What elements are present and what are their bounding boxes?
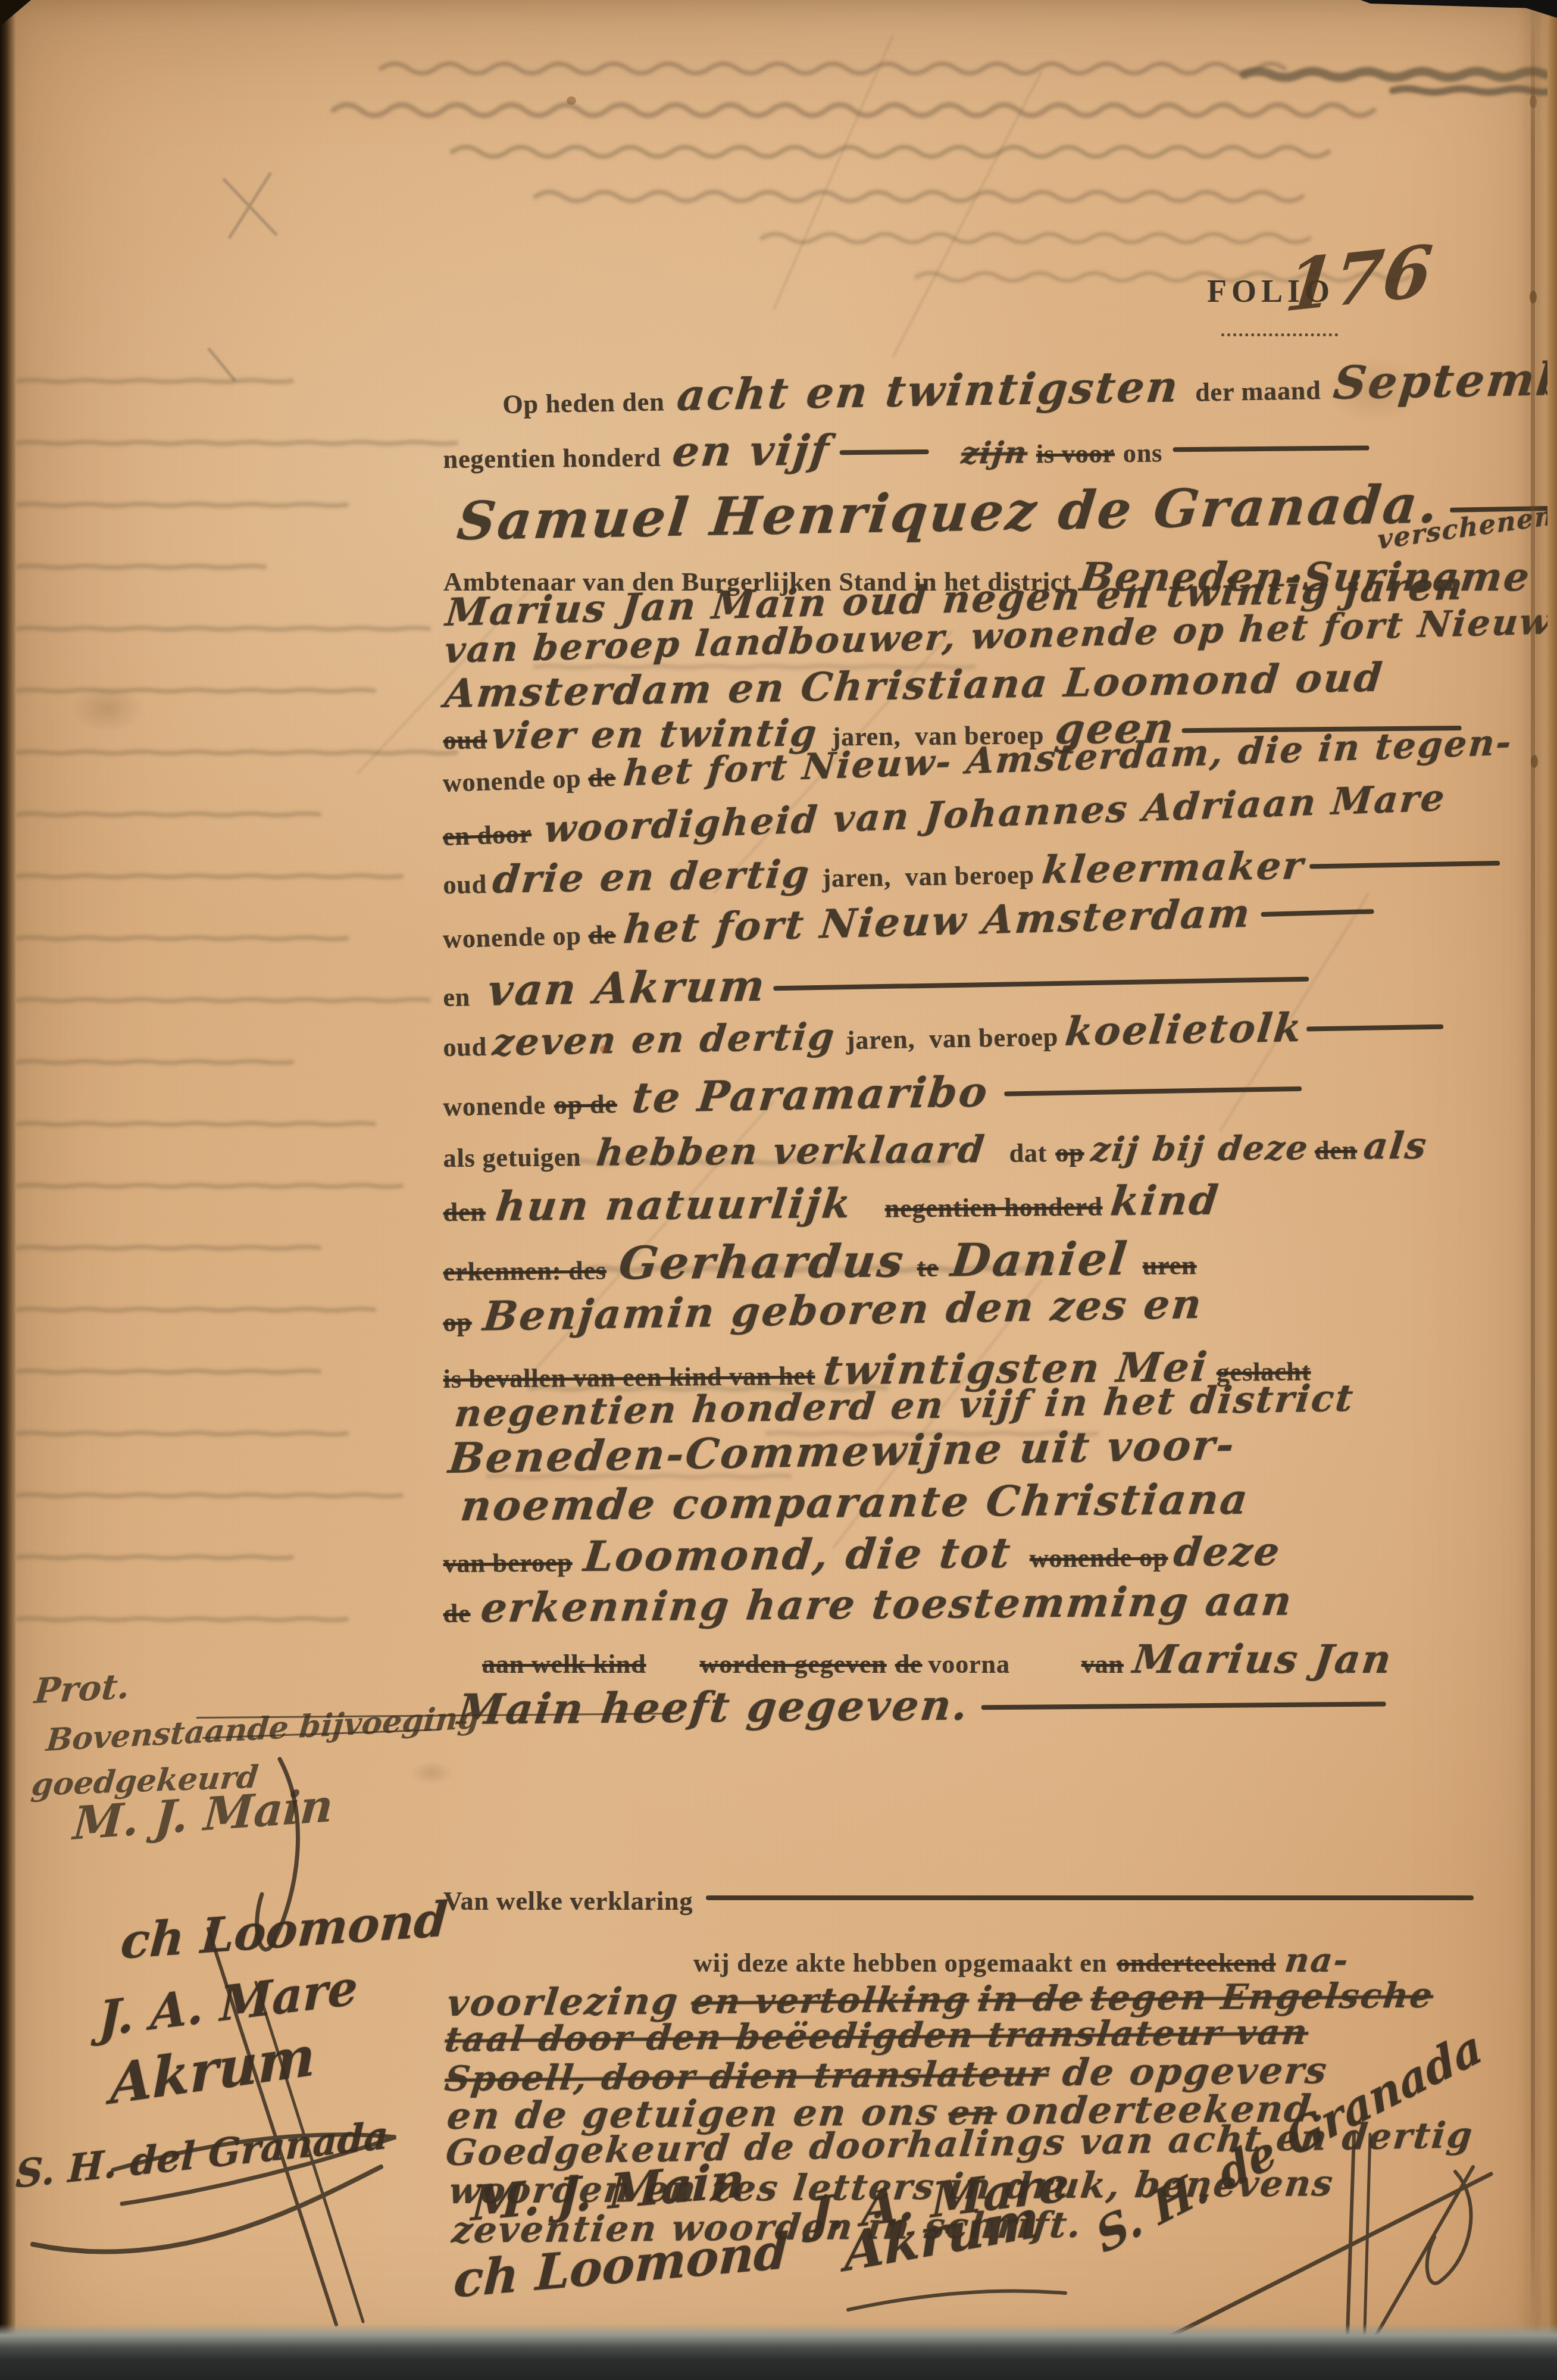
- printed-text-segment: den: [443, 1197, 486, 1228]
- handwritten-text-segment: noemde comparante Christiana: [458, 1474, 1252, 1531]
- dark-corner-top-left: [0, 0, 31, 26]
- printed-text-segment: der maand: [1195, 375, 1321, 408]
- printed-text-segment: oud: [443, 1032, 487, 1063]
- text-line: aan welk kindworden gegevendevoornavanMa…: [482, 1636, 1392, 1682]
- text-line: Van welke verklaring: [443, 1886, 1474, 1916]
- printed-text-segment: de: [588, 919, 616, 950]
- printed-text-segment: Van welke verklaring: [443, 1886, 693, 1916]
- ink-filler-dash: [706, 1895, 1474, 1900]
- handwritten-text-segment: erkenning hare toestemming aan: [479, 1578, 1296, 1632]
- handwritten-text-segment: Gerhardus: [617, 1234, 908, 1289]
- printed-text-segment: is voor: [1036, 438, 1115, 469]
- printed-text-segment: de: [895, 1649, 923, 1679]
- handwritten-text-segment: Loomond, die tot: [581, 1528, 1015, 1581]
- printed-text-segment: oud: [443, 724, 487, 755]
- handwritten-text-segment: Marius Jan: [1130, 1636, 1395, 1682]
- handwritten-text-segment: en vijf: [670, 425, 833, 476]
- printed-text-segment: wonende op: [1030, 1542, 1168, 1573]
- signature: S. H. del Granada: [15, 2113, 389, 2197]
- margin-note: Bovenstaande bijvoeging: [45, 1699, 481, 1759]
- printed-text-segment: van beroep: [443, 1547, 573, 1579]
- handwritten-text-segment: acht en twintigsten: [675, 361, 1183, 420]
- handwritten-text-segment: Samuel Henriquez de Granada.: [455, 473, 1443, 552]
- page-edge-right: [1547, 0, 1557, 2380]
- text-line: negentien honderden vijfzijnis voorons: [443, 420, 1370, 478]
- text-line: als getuigenhebben verklaarddatopzij bij…: [443, 1124, 1428, 1176]
- signature: ch Loomond: [119, 1891, 449, 1970]
- printed-text-segment: de: [443, 1598, 471, 1629]
- binding-nick: [1530, 95, 1537, 108]
- folio-underline: [1221, 333, 1338, 336]
- printed-text-segment: wonende op: [442, 763, 581, 798]
- ink-filler-dash: [981, 1701, 1386, 1710]
- printed-text-segment: en: [443, 982, 471, 1013]
- handwritten-text-segment: als: [1362, 1124, 1430, 1168]
- stain-speck: [567, 96, 576, 105]
- printed-text-segment: wonende: [443, 1090, 546, 1122]
- ink-filler-dash: [773, 977, 1309, 991]
- binding-nick: [1531, 755, 1538, 768]
- printed-text-segment: op: [1055, 1138, 1084, 1168]
- ink-filler-dash: [1309, 861, 1500, 869]
- printed-text-segment: van: [1081, 1649, 1124, 1679]
- stain-smudge: [1327, 357, 1422, 423]
- printed-text-segment: op: [443, 1307, 472, 1338]
- printed-text-segment: wij deze akte hebben opgemaakt en: [693, 1948, 1107, 1978]
- handwritten-text-segment: zijn: [960, 435, 1030, 470]
- printed-text-segment: wonende op: [443, 920, 582, 954]
- signature: J. A. Mare: [98, 1959, 358, 2047]
- handwritten-text-segment: van Akrum: [486, 960, 769, 1015]
- text-line: Main heeft gegeven.: [458, 1676, 1386, 1734]
- dark-corner-top-right: [1514, 0, 1557, 18]
- folio-number: 176: [1281, 229, 1436, 328]
- page-edge-left: [0, 0, 15, 2380]
- printed-text-segment: jaren, van beroep: [822, 860, 1034, 894]
- ink-filler-dash: [1306, 1025, 1443, 1032]
- handwritten-text-segment: Daniel: [948, 1232, 1131, 1287]
- handwritten-text-segment: drie en dertig: [490, 852, 812, 902]
- text-line: van beroepLoomond, die totwonende opdeze: [443, 1526, 1281, 1582]
- handwritten-text-segment: het fort Nieuw Amsterdam: [621, 889, 1253, 952]
- stain-smudge: [71, 685, 143, 732]
- ink-filler-dash: [1173, 445, 1370, 452]
- printed-text-segment: te: [917, 1253, 938, 1283]
- handwritten-text-segment: Main heeft gegeven.: [455, 1680, 972, 1734]
- handwritten-text-segment: te Paramaribo: [630, 1067, 992, 1123]
- handwritten-text-segment: hun natuurlijk: [493, 1180, 855, 1230]
- printed-text-segment: worden gegeven: [700, 1649, 887, 1679]
- stain-smudge: [411, 1761, 452, 1785]
- printed-text-segment: en door: [442, 819, 532, 852]
- printed-text-segment: de: [587, 762, 616, 794]
- handwritten-text-segment: zeven en dertig: [490, 1014, 837, 1064]
- printed-text-segment: Op heden den: [502, 386, 665, 420]
- printed-text-segment: negentien honderd: [884, 1191, 1102, 1223]
- page-crease: [1531, 0, 1535, 2334]
- handwritten-text-segment: hebben verklaard: [594, 1127, 987, 1175]
- handwritten-text-segment: koelietolk: [1063, 1004, 1305, 1055]
- document-page: FOLIO 176 Op heden denacht en twintigste…: [0, 0, 1557, 2380]
- margin-note: Prot.: [33, 1666, 132, 1711]
- printed-text-segment: voorna: [928, 1649, 1009, 1679]
- text-line: noemde comparante Christiana: [461, 1474, 1249, 1531]
- handwritten-text-segment: kleermaker: [1040, 844, 1307, 893]
- ink-filler-dash: [840, 449, 929, 455]
- handwritten-text-segment: in de: [976, 1978, 1085, 2020]
- printed-text-segment: oud: [443, 869, 487, 900]
- printed-text-segment: dat: [1009, 1138, 1047, 1169]
- printed-text-segment: aan welk kind: [482, 1649, 646, 1679]
- printed-text-segment: ons: [1123, 438, 1163, 468]
- printed-text-segment: op de: [554, 1089, 617, 1120]
- printed-text-segment: als getuigen: [443, 1142, 581, 1173]
- printed-text-segment: erkennen: des: [443, 1255, 606, 1287]
- printed-text-segment: den: [1315, 1135, 1358, 1166]
- text-line: denhun natuurlijknegentien honderdkind: [443, 1177, 1220, 1231]
- stain-speck: [600, 1045, 608, 1053]
- binding-nick: [1530, 291, 1537, 304]
- printed-text-segment: jaren, van beroep: [846, 1022, 1058, 1055]
- page-edge-bottom: [0, 2324, 1557, 2380]
- ink-filler-dash: [1005, 1086, 1302, 1097]
- ink-filler-dash: [1261, 909, 1374, 917]
- printed-text-segment: uren: [1142, 1250, 1196, 1281]
- handwritten-text-segment: zij bij deze: [1089, 1128, 1311, 1169]
- text-line: wonendeop dete Paramaribo: [443, 1061, 1303, 1126]
- printed-text-segment: negentien honderd: [443, 442, 661, 474]
- text-line: deerkenning hare toestemming aan: [443, 1578, 1293, 1632]
- handwritten-text-segment: kind: [1108, 1177, 1222, 1226]
- handwritten-text-segment: deze: [1171, 1528, 1283, 1576]
